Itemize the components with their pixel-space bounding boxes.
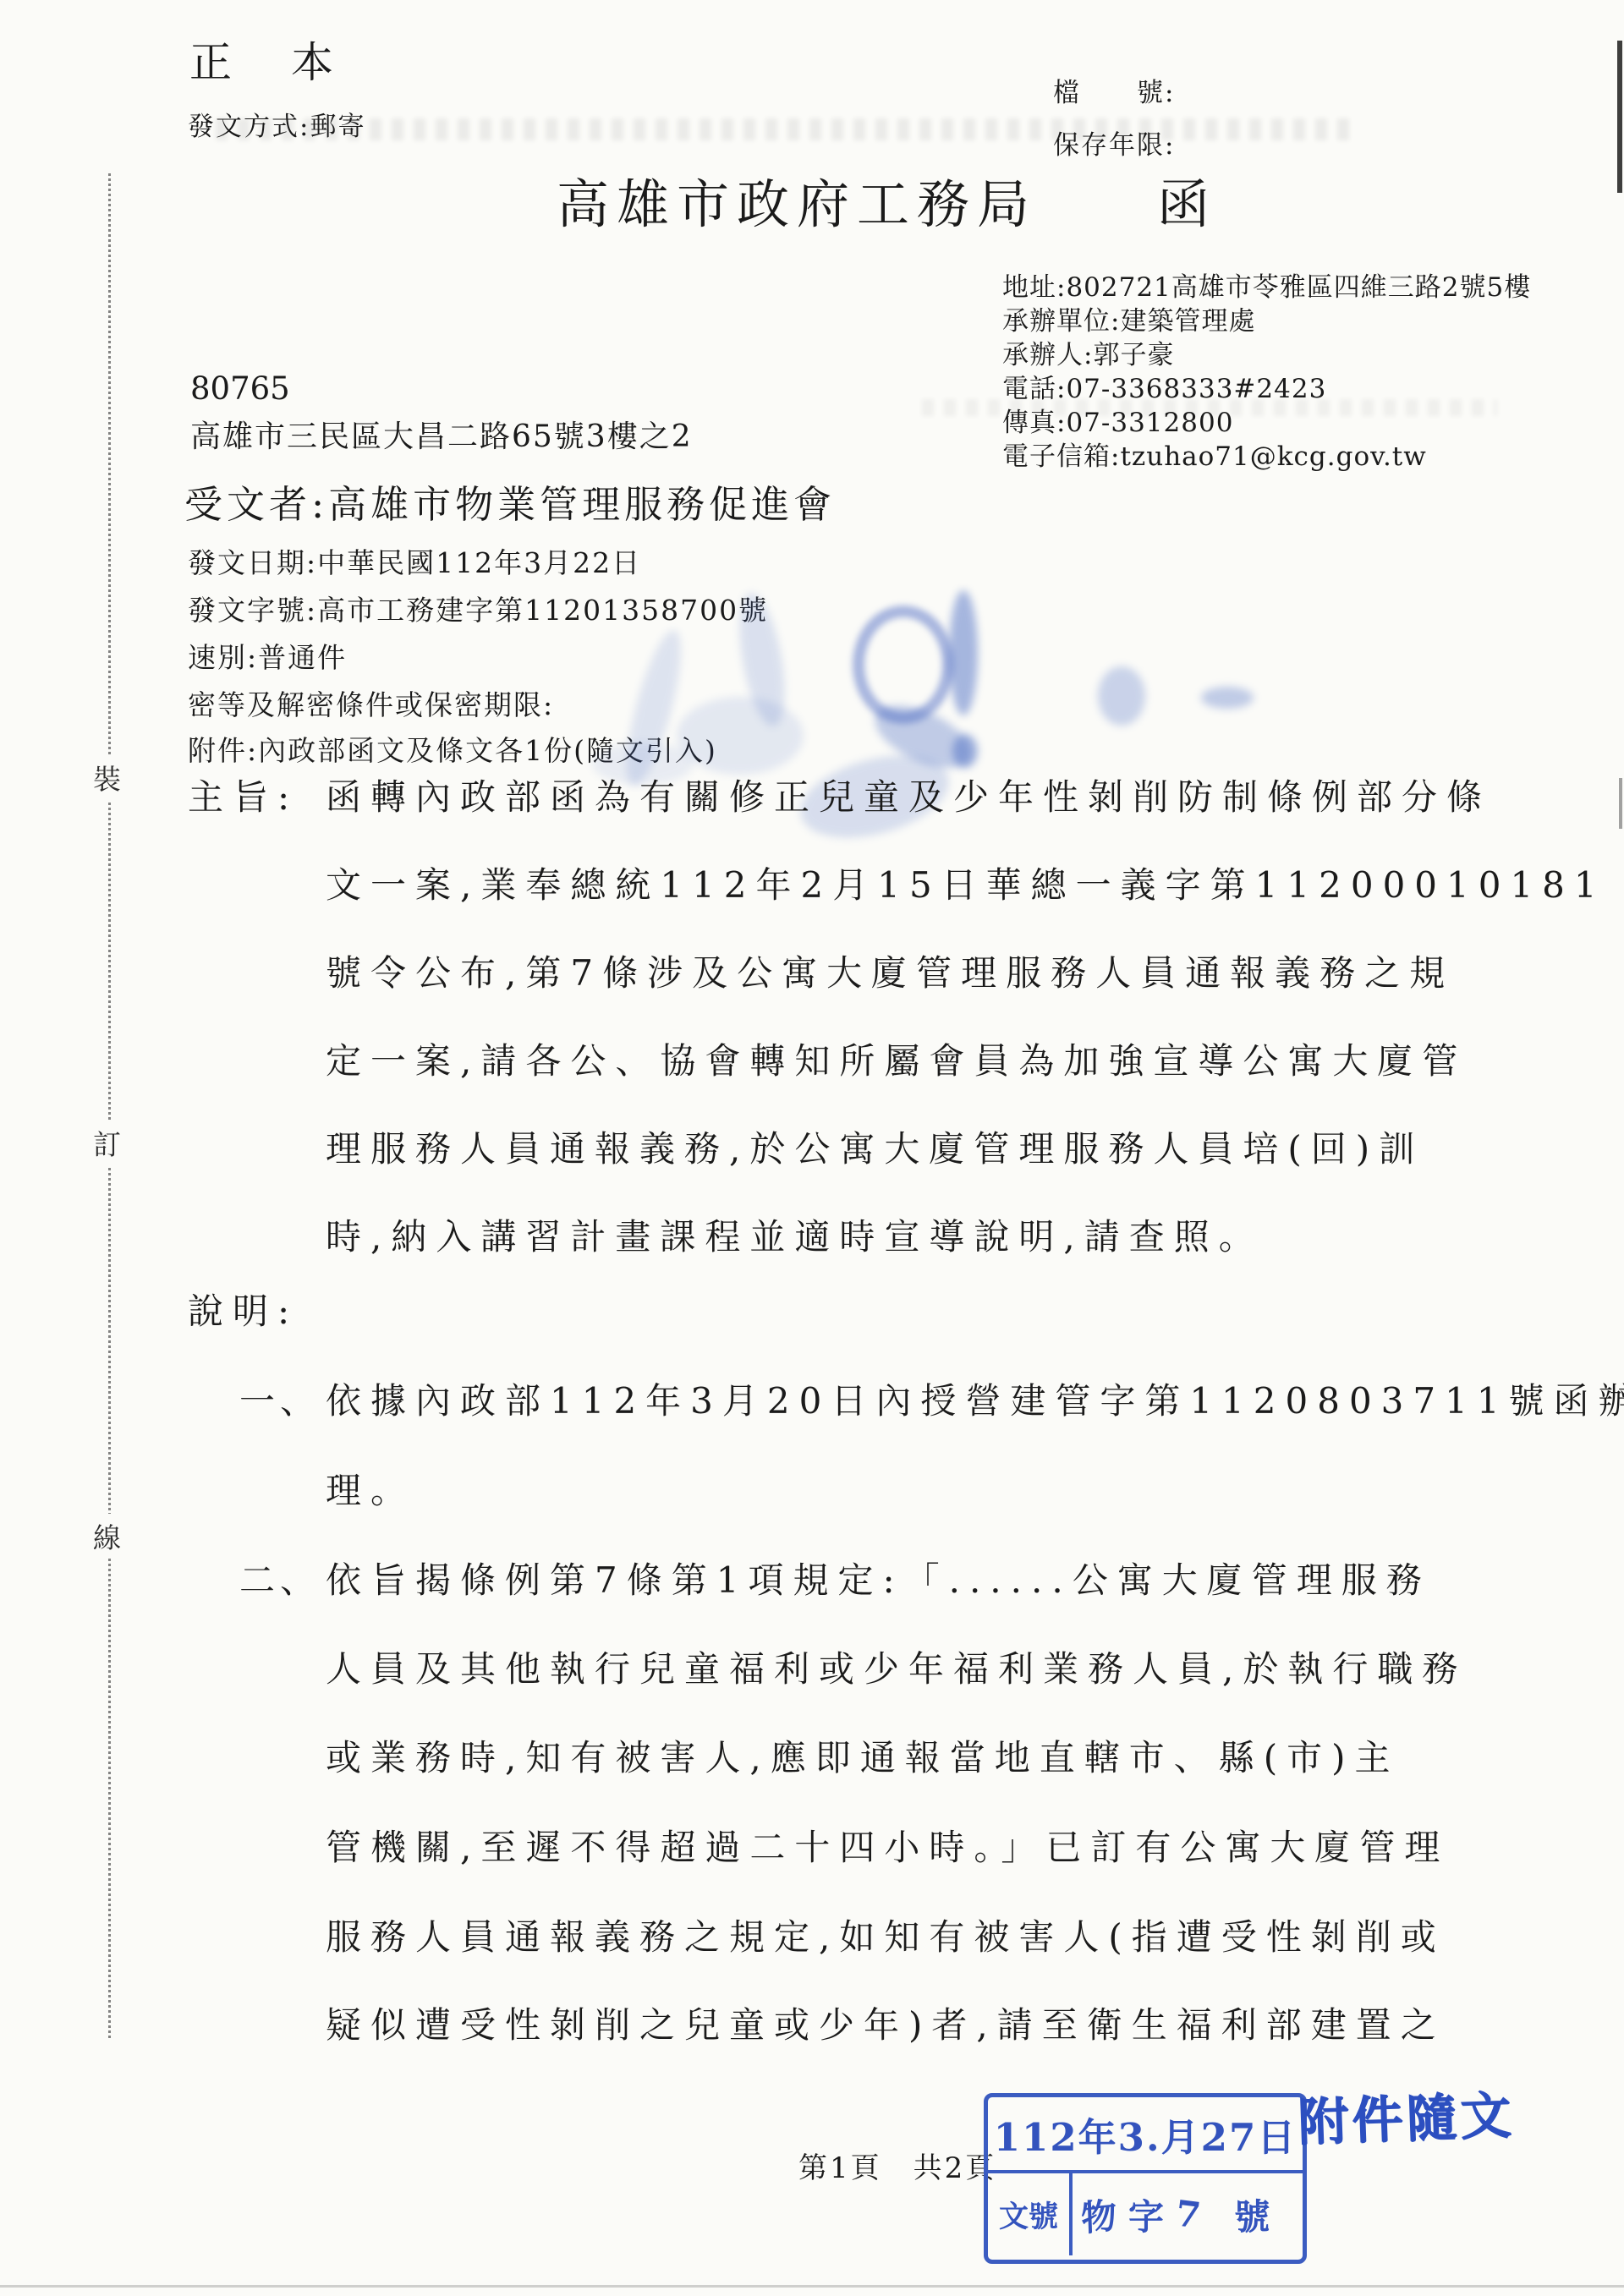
stamp-doc-no-label: 文號 <box>988 2173 1073 2255</box>
issue-number-line: 發文字號:高市工務建字第11201358700號 <box>188 589 768 628</box>
bleed-through-text-band <box>216 118 1349 140</box>
binding-mark-xian: 線 <box>93 1514 121 1559</box>
explanation-label: 說明: <box>188 1284 299 1334</box>
stamp-doc-no-value: 物 字 7 號 <box>1073 2173 1303 2255</box>
sender-address: 地址:802721高雄市苓雅區四維三路2號5樓 <box>1002 271 1531 304</box>
subject-line: 理服務人員通報義務,於公寓大廈管理服務人員培(回)訓 <box>326 1121 1424 1172</box>
issue-date-line: 發文日期:中華民國112年3月22日 <box>188 541 641 581</box>
stamp-date: 112年3.月27日 <box>988 2097 1303 2173</box>
scanned-official-letter: 正 本 發文方式:郵寄 檔 號: 保存年限: 高雄市政府工務局 函 地址:802… <box>0 0 1624 2296</box>
explanation-item1-line: 理。 <box>326 1463 415 1514</box>
explanation-item2-line: 管機關,至遲不得超過二十四小時。」已訂有公寓大廈管理 <box>326 1820 1449 1871</box>
explanation-item2-line: 服務人員通報義務之規定,如知有被害人(指遭受性剝削或 <box>326 1910 1446 1960</box>
subject-line: 號令公布,第7條涉及公寓大廈管理服務人員通報義務之規 <box>326 945 1454 996</box>
received-date-stamp: 112年3.月27日 文號 物 字 7 號 <box>984 2093 1307 2264</box>
stamp-doc-no-number: 7 <box>1173 2192 1203 2236</box>
page-number: 第1頁 共2頁 <box>798 2145 996 2186</box>
copy-type-label: 正 本 <box>189 29 342 90</box>
sender-unit: 承辦單位:建築管理處 <box>1002 304 1531 338</box>
sender-fax: 傳真:07-3312800 <box>1002 406 1531 440</box>
sender-contact-block: 地址:802721高雄市苓雅區四維三路2號5樓 承辦單位:建築管理處 承辦人:郭… <box>1002 271 1531 474</box>
binding-mark-zhuang: 裝 <box>93 755 121 800</box>
explanation-item2-line: 或業務時,知有被害人,應即通報當地直轄市、縣(市)主 <box>326 1730 1399 1781</box>
recipient-address: 高雄市三民區大昌二路65號3樓之2 <box>190 413 693 456</box>
document-title: 高雄市政府工務局 函 <box>557 162 1217 238</box>
subject-line: 定一案,請各公、協會轉知所屬會員為加強宣導公寓大廈管 <box>326 1033 1467 1084</box>
explanation-item1-marker: 一、 <box>239 1373 321 1424</box>
subject-line: 時,納入講習計畫課程並適時宣導說明,請查照。 <box>326 1209 1264 1260</box>
explanation-item2-line: 人員及其他執行兒童福利或少年福利業務人員,於執行職務 <box>326 1641 1467 1692</box>
scan-edge-artifact <box>0 2285 1624 2288</box>
sender-contact-person: 承辦人:郭子豪 <box>1002 338 1531 372</box>
sender-phone: 電話:07-3368333#2423 <box>1002 372 1531 406</box>
explanation-item2-line: 依旨揭條例第7條第1項規定:「......公寓大廈管理服務 <box>326 1553 1431 1603</box>
security-class-line: 密等及解密條件或保密期限: <box>188 683 554 723</box>
scan-edge-artifact <box>1617 41 1622 193</box>
explanation-item1-line: 依據內政部112年3月20日內授營建管字第1120803711號函辦 <box>326 1373 1624 1424</box>
retention-period-label: 保存年限: <box>1053 123 1175 162</box>
stamp-doc-no-suffix: 號 <box>1234 2189 1270 2240</box>
subject-label: 主旨: <box>188 770 299 820</box>
binding-dotted-line <box>108 173 111 2038</box>
subject-line: 函轉內政部函為有關修正兒童及少年性剝削防制條例部分條 <box>326 770 1491 820</box>
delivery-method-label: 發文方式:郵寄 <box>188 105 365 143</box>
stamp-doc-no-word: 字 <box>1128 2189 1164 2240</box>
subject-line: 文一案,業奉總統112年2月15日華總一義字第11200010181 <box>326 858 1606 908</box>
binding-mark-ding: 訂 <box>93 1121 121 1165</box>
explanation-item2-marker: 二、 <box>239 1553 321 1603</box>
handwritten-attachment-note: 附件隨文 <box>1297 2075 1516 2156</box>
stamp-doc-no-prefix: 物 <box>1080 2187 1117 2242</box>
explanation-item2-line: 疑似遭受性剝削之兒童或少年)者,請至衛生福利部建置之 <box>326 1997 1446 2048</box>
recipient-zip: 80765 <box>190 370 290 407</box>
recipient-line: 受文者:高雄市物業管理服務促進會 <box>184 474 836 529</box>
speed-class-line: 速別:普通件 <box>188 636 347 676</box>
file-number-label: 檔 號: <box>1053 71 1175 109</box>
scan-edge-artifact <box>1619 778 1622 829</box>
sender-email: 電子信箱:tzuhao71@kcg.gov.tw <box>1002 440 1531 474</box>
